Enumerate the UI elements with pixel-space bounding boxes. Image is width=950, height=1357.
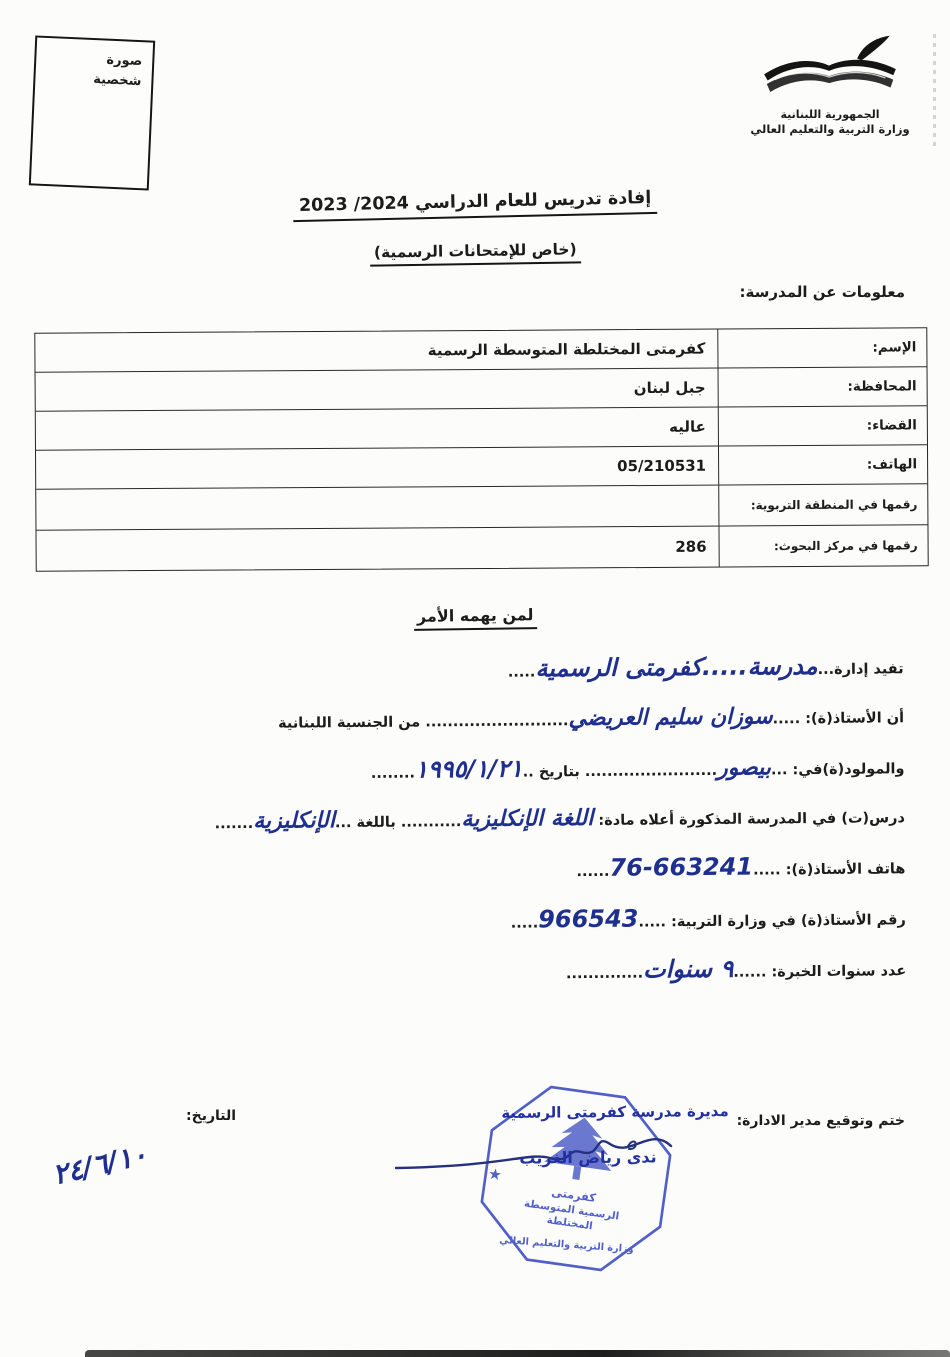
handwritten-subject: اللغة الإنكليزية (461, 806, 593, 832)
director-title: مديرة مدرسة كفرمتى الرسمية (470, 1102, 760, 1123)
document-title: إفادة تدريس للعام الدراسي 2024/ 2023 (293, 188, 658, 222)
handwritten-teacher-name: سوزان سليم العريضي (568, 704, 772, 731)
handwritten-birthdate: ١٩٩٥/١/٢١ (415, 755, 523, 784)
line-prefix: تفيد إدارة... (818, 661, 904, 678)
line-prefix: درس(ت) في المدرسة المذكورة أعلاه مادة: (593, 810, 905, 829)
line-prefix: عدد سنوات الخبرة: ...... (733, 963, 906, 981)
line-prefix: والمولود(ة)في: ... (771, 761, 905, 778)
table-row-district: القضاء: عاليه (36, 406, 927, 450)
line-prefix: أن الأستاذ(ة): ..... (773, 710, 905, 727)
handwritten-birthplace: بيصور (717, 755, 771, 780)
dotted-leader: .............. (566, 966, 643, 983)
school-info-table: الإسم: كفرمتى المختلطة المتوسطة الرسمية … (34, 327, 928, 571)
dotted-leader: ........... باللغة ... (335, 814, 462, 831)
row-label: القضاء: (718, 406, 927, 445)
row-value: كفرمتى المختلطة المتوسطة الرسمية (35, 330, 717, 372)
handwritten-experience: ٩ سنوات (643, 955, 734, 984)
handwritten-school-name: مدرسة.....كفرمتى الرسمية (535, 652, 817, 682)
row-value: 286 (36, 527, 718, 571)
handwritten-language: الإنكليزية (253, 808, 335, 834)
line-suffix: من الجنسية اللبنانية (278, 714, 425, 731)
concern-heading: لمن يهمه الأمر (414, 605, 537, 631)
photo-box-label-line2: شخصية (93, 70, 142, 92)
ministry-letterhead: الجمهورية اللبنانية وزارة التربية والتعل… (740, 34, 920, 136)
stamp-and-signature-label: ختم وتوقيع مدير الادارة: (737, 1113, 905, 1129)
form-line-teacher-phone: هاتف الأستاذ(ة): .....76-663241...... (40, 848, 905, 894)
scanned-teaching-certificate: صورة شخصية الجمهورية اللبنانية وزارة الت… (0, 0, 950, 1357)
ministry-name: وزارة التربية والتعليم العالي (740, 122, 920, 136)
row-label: رقمها في المنطقة التربوية: (718, 484, 927, 525)
row-value (36, 486, 718, 530)
table-row-name: الإسم: كفرمتى المختلطة المتوسطة الرسمية (35, 328, 926, 372)
document-subtitle: (خاص للإمتحانات الرسمية) (369, 240, 580, 266)
stamp-ring-text: وزارة التربية والتعليم العالي (499, 1235, 634, 1255)
row-label: رقمها في مركز البحوث: (718, 525, 927, 566)
director-name: ندى رياض الغريب (488, 1147, 688, 1168)
dotted-leader: ........ (371, 766, 415, 782)
form-line-teacher-name: أن الأستاذ(ة): .....سوزان سليم العريضي..… (39, 699, 904, 743)
line-prefix: هاتف الأستاذ(ة): ..... (753, 861, 905, 878)
personal-photo-box: صورة شخصية (29, 35, 155, 190)
form-line-school: تفيد إدارة...مدرسة.....كفرمتى الرسمية...… (38, 648, 903, 694)
table-row-governorate: المحافظة: جبل لبنان (36, 367, 927, 411)
scan-edge-artifact (933, 34, 936, 146)
form-line-birth: والمولود(ة)في: ...بيصور.................… (39, 748, 904, 794)
form-line-experience: عدد سنوات الخبرة: ......٩ سنوات.........… (41, 950, 906, 996)
table-row-district-number: رقمها في المنطقة التربوية: (36, 484, 927, 530)
certificate-body: تفيد إدارة...مدرسة.....كفرمتى الرسمية...… (38, 648, 906, 1009)
dotted-leader: ...... (576, 864, 609, 880)
row-value: عاليه (36, 408, 718, 450)
dotted-leader: ..... (511, 915, 539, 931)
republic-name: الجمهورية اللبنانية (740, 108, 920, 121)
form-line-subject: درس(ت) في المدرسة المذكورة أعلاه مادة: ا… (40, 799, 905, 843)
dotted-leader: ........................ بتاريخ .. (523, 763, 718, 781)
row-label: الإسم: (717, 328, 926, 367)
scan-bottom-artifact (85, 1350, 950, 1357)
row-label: الهاتف: (718, 445, 927, 484)
handwritten-ministry-number: 966543 (538, 905, 638, 934)
handwritten-phone: 76-663241 (609, 853, 753, 882)
row-value: جبل لبنان (36, 369, 718, 411)
dotted-leader: ....... (215, 816, 254, 832)
date-label: التاريخ: (186, 1108, 236, 1124)
row-label: المحافظة: (718, 367, 927, 406)
form-line-ministry-number: رقم الأستاذ(ة) في وزارة التربية: .....96… (41, 899, 906, 945)
handwritten-date: ٢٤/٦/١٠ (50, 1138, 151, 1192)
table-row-phone: الهاتف: 05/210531 (36, 445, 927, 489)
line-prefix: رقم الأستاذ(ة) في وزارة التربية: ..... (638, 912, 905, 930)
table-row-research-number: رقمها في مركز البحوث: 286 (36, 525, 927, 570)
photo-box-label-line1: صورة (94, 50, 143, 72)
dotted-leader: .......................... (425, 713, 568, 730)
open-book-logo-icon (750, 34, 910, 106)
row-value: 05/210531 (36, 447, 718, 489)
school-info-heading: معلومات عن المدرسة: (740, 283, 905, 301)
dotted-leader: ..... (508, 664, 536, 680)
